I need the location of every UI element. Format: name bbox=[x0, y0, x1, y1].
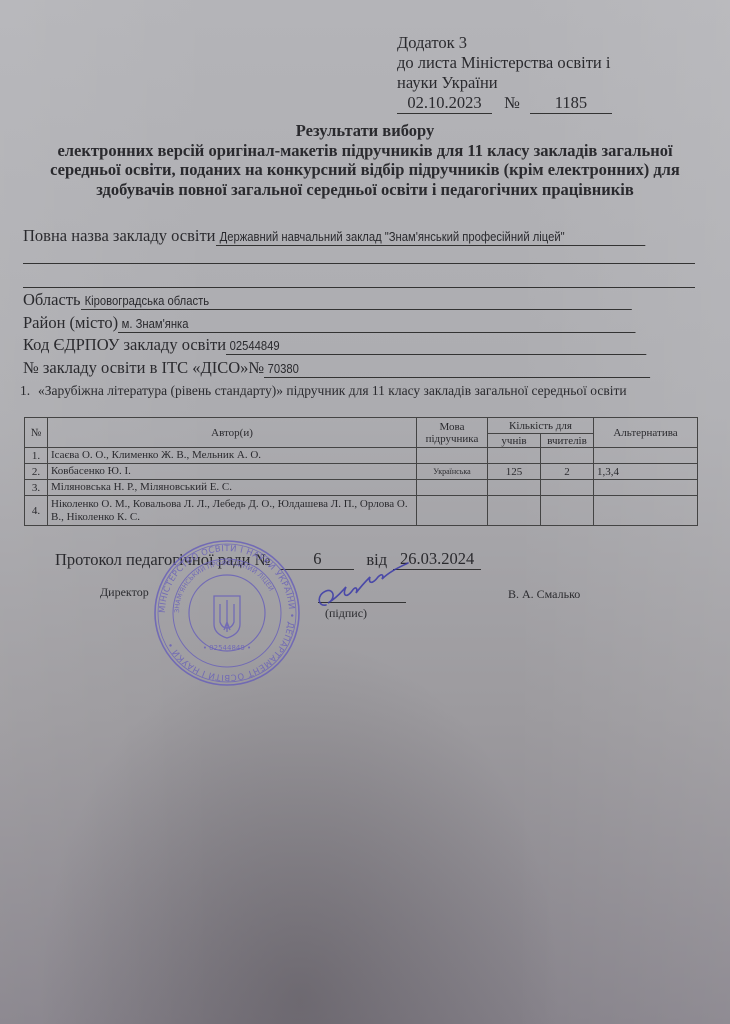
region-field: Область Кіровоградська область bbox=[23, 290, 693, 310]
director-label: Директор bbox=[100, 585, 149, 600]
row-num: 1. bbox=[25, 448, 48, 464]
header-alternative: Альтернатива bbox=[594, 418, 698, 448]
header-teachers: вчителів bbox=[541, 434, 594, 448]
header-language: Мова підручника bbox=[417, 418, 488, 448]
svg-text:• 02544849 •: • 02544849 • bbox=[203, 644, 251, 652]
row-alternative bbox=[594, 480, 698, 496]
region-label: Область bbox=[23, 290, 81, 310]
row-language: Українська bbox=[417, 464, 488, 480]
diso-label: № закладу освіти в ІТС «ДІСО»№ bbox=[23, 358, 264, 378]
annex-line-1: Додаток 3 bbox=[397, 33, 612, 53]
district-label: Район (місто) bbox=[23, 313, 118, 333]
annex-date: 02.10.2023 bbox=[397, 93, 492, 114]
row-authors: Ковбасенко Ю. І. bbox=[48, 464, 417, 480]
item-text: «Зарубіжна література (рівень стандарту)… bbox=[38, 384, 667, 398]
document-title: Результати вибору електронних версій ори… bbox=[20, 121, 710, 199]
director-name: В. А. Смалько bbox=[508, 587, 580, 602]
diso-field: № закладу освіти в ІТС «ДІСО»№ 70380 bbox=[23, 358, 693, 378]
row-students: 125 bbox=[488, 464, 541, 480]
edrpou-field: Код ЄДРПОУ закладу освіти 02544849 bbox=[23, 335, 693, 355]
district-field: Район (місто) м. Знам'янка bbox=[23, 313, 693, 333]
diso-value: 70380 bbox=[264, 361, 650, 378]
textbook-item: 1. «Зарубіжна література (рівень стандар… bbox=[20, 384, 690, 398]
row-alternative bbox=[594, 448, 698, 464]
institution-field: Повна назва закладу освіти Державний нав… bbox=[23, 226, 693, 246]
table-row: 1.Ісаєва О. О., Клименко Ж. В., Мельник … bbox=[25, 448, 698, 464]
row-teachers bbox=[541, 496, 594, 526]
row-language bbox=[417, 496, 488, 526]
signature-icon bbox=[312, 555, 422, 615]
annex-date-number: 02.10.2023 № 1185 bbox=[397, 93, 612, 114]
institution-label: Повна назва закладу освіти bbox=[23, 226, 216, 246]
header-quantity: Кількість для bbox=[488, 418, 594, 434]
row-teachers: 2 bbox=[541, 464, 594, 480]
institution-value: Державний навчальний заклад "Знам'янськи… bbox=[216, 229, 646, 246]
row-students bbox=[488, 448, 541, 464]
table-row: 2.Ковбасенко Ю. І.Українська12521,3,4 bbox=[25, 464, 698, 480]
row-authors: Ісаєва О. О., Клименко Ж. В., Мельник А.… bbox=[48, 448, 417, 464]
annex-number-label: № bbox=[504, 93, 520, 112]
row-num: 4. bbox=[25, 496, 48, 526]
blank-line bbox=[23, 263, 695, 264]
header-num: № bbox=[25, 418, 48, 448]
row-students bbox=[488, 496, 541, 526]
row-alternative bbox=[594, 496, 698, 526]
row-authors: Ніколенко О. М., Ковальова Л. Л., Лебедь… bbox=[48, 496, 417, 526]
row-teachers bbox=[541, 448, 594, 464]
row-teachers bbox=[541, 480, 594, 496]
district-value: м. Знам'янка bbox=[118, 316, 635, 333]
row-num: 2. bbox=[25, 464, 48, 480]
blank-line bbox=[23, 287, 695, 288]
title-heading: Результати вибору bbox=[20, 121, 710, 141]
row-students bbox=[488, 480, 541, 496]
header-students: учнів bbox=[488, 434, 541, 448]
edrpou-label: Код ЄДРПОУ закладу освіти bbox=[23, 335, 226, 355]
row-authors: Міляновська Н. Р., Міляновський Е. С. bbox=[48, 480, 417, 496]
annex-block: Додаток 3 до листа Міністерства освіти і… bbox=[397, 33, 612, 114]
row-num: 3. bbox=[25, 480, 48, 496]
official-stamp-icon: МІНІСТЕРСТВО ОСВІТИ І НАУКИ УКРАЇНИ • ДЕ… bbox=[152, 538, 302, 688]
annex-line-3: науки України bbox=[397, 73, 612, 93]
table-row: 4.Ніколенко О. М., Ковальова Л. Л., Лебе… bbox=[25, 496, 698, 526]
header-authors: Автор(и) bbox=[48, 418, 417, 448]
region-value: Кіровоградська область bbox=[81, 293, 632, 310]
annex-number: 1185 bbox=[530, 93, 612, 114]
annex-line-2: до листа Міністерства освіти і bbox=[397, 53, 612, 73]
item-number: 1. bbox=[20, 384, 38, 398]
row-language bbox=[417, 480, 488, 496]
edrpou-value: 02544849 bbox=[226, 338, 646, 355]
row-language bbox=[417, 448, 488, 464]
table-row: 3.Міляновська Н. Р., Міляновський Е. С. bbox=[25, 480, 698, 496]
title-subtitle: електронних версій оригінал-макетів підр… bbox=[20, 141, 710, 200]
authors-table: № Автор(и) Мова підручника Кількість для… bbox=[24, 417, 698, 526]
row-alternative: 1,3,4 bbox=[594, 464, 698, 480]
